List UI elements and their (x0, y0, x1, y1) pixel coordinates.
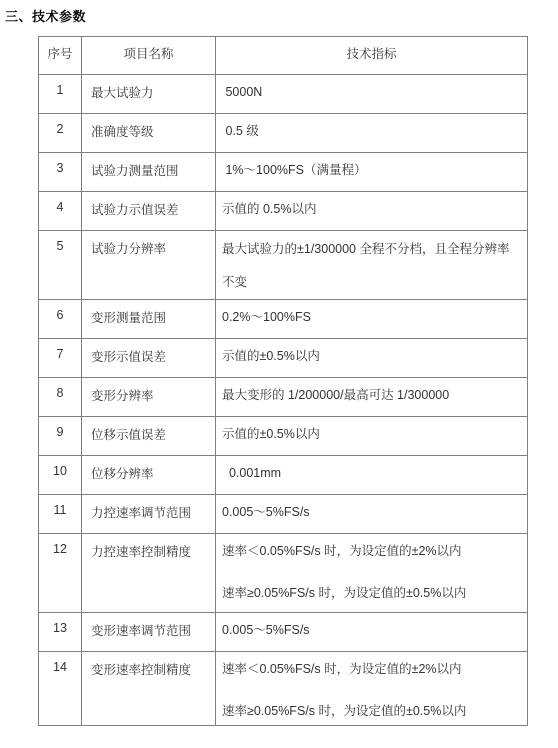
item-name-cell: 试验力示值误差 (82, 192, 216, 231)
table-row: 8 变形分辨率 最大变形的 1/200000/最高可达 1/300000 (39, 378, 528, 417)
item-name-cell: 试验力测量范围 (82, 153, 216, 192)
table-row: 4 试验力示值误差 示值的 0.5%以内 (39, 192, 528, 231)
item-name-cell: 变形测量范围 (82, 300, 216, 339)
item-name-cell: 变形速率控制精度 (82, 652, 216, 726)
item-name-cell: 位移示值误差 (82, 417, 216, 456)
table-row: 11 力控速率调节范围 0.005～5%FS/s (39, 495, 528, 534)
item-name-cell: 准确度等级 (82, 114, 216, 153)
tech-params-table: 序号 项目名称 技术指标 1 最大试验力 5000N 2 准确度等级 0.5 级… (38, 36, 528, 726)
row-number: 3 (39, 153, 82, 192)
table-row: 7 变形示值误差 示值的±0.5%以内 (39, 339, 528, 378)
row-number: 11 (39, 495, 82, 534)
tech-spec-cell: 5000N (216, 75, 528, 114)
table-row: 13 变形速率调节范围 0.005～5%FS/s (39, 613, 528, 652)
tech-spec-line: 速率≥0.05%FS/s 时，为设定值的±0.5%以内 (222, 702, 521, 720)
table-row: 9 位移示值误差 示值的±0.5%以内 (39, 417, 528, 456)
tech-spec-cell: 最大变形的 1/200000/最高可达 1/300000 (216, 378, 528, 417)
tech-spec-cell: 速率＜0.05%FS/s 时，为设定值的±2%以内速率≥0.05%FS/s 时，… (216, 534, 528, 613)
header-技术指标: 技术指标 (216, 37, 528, 75)
table-row: 14 变形速率控制精度 速率＜0.05%FS/s 时，为设定值的±2%以内速率≥… (39, 652, 528, 726)
header-序号: 序号 (39, 37, 82, 75)
row-number: 5 (39, 231, 82, 300)
tech-spec-cell: 0.005～5%FS/s (216, 495, 528, 534)
tech-spec-cell: 示值的 0.5%以内 (216, 192, 528, 231)
item-name-cell: 位移分辨率 (82, 456, 216, 495)
tech-spec-cell: 示值的±0.5%以内 (216, 417, 528, 456)
document-page: 三、技术参数 序号 项目名称 技术指标 1 最大试验力 5000N 2 准确度等… (0, 0, 558, 748)
item-name-cell: 力控速率控制精度 (82, 534, 216, 613)
row-number: 4 (39, 192, 82, 231)
tech-spec-cell: 示值的±0.5%以内 (216, 339, 528, 378)
table-header-row: 序号 项目名称 技术指标 (39, 37, 528, 75)
table-row: 1 最大试验力 5000N (39, 75, 528, 114)
item-name-cell: 变形分辨率 (82, 378, 216, 417)
tech-spec-cell: 速率＜0.05%FS/s 时，为设定值的±2%以内速率≥0.05%FS/s 时，… (216, 652, 528, 726)
header-项目名称: 项目名称 (82, 37, 216, 75)
row-number: 10 (39, 456, 82, 495)
row-number: 13 (39, 613, 82, 652)
row-number: 2 (39, 114, 82, 153)
tech-spec-line: 速率＜0.05%FS/s 时，为设定值的±2%以内 (222, 542, 521, 560)
table-row: 12 力控速率控制精度 速率＜0.05%FS/s 时，为设定值的±2%以内速率≥… (39, 534, 528, 613)
tech-spec-cell: 0.005～5%FS/s (216, 613, 528, 652)
tech-spec-line: 速率＜0.05%FS/s 时，为设定值的±2%以内 (222, 660, 521, 678)
row-number: 8 (39, 378, 82, 417)
table-row: 3 试验力测量范围 1%～100%FS（满量程） (39, 153, 528, 192)
table-row: 2 准确度等级 0.5 级 (39, 114, 528, 153)
row-number: 7 (39, 339, 82, 378)
tech-spec-cell: 0.001mm (216, 456, 528, 495)
item-name-cell: 变形示值误差 (82, 339, 216, 378)
row-number: 12 (39, 534, 82, 613)
section-title: 三、技术参数 (5, 6, 86, 25)
item-name-cell: 最大试验力 (82, 75, 216, 114)
item-name-cell: 力控速率调节范围 (82, 495, 216, 534)
item-name-cell: 变形速率调节范围 (82, 613, 216, 652)
row-number: 9 (39, 417, 82, 456)
tech-spec-cell: 0.2%～100%FS (216, 300, 528, 339)
row-number: 14 (39, 652, 82, 726)
tech-spec-cell: 最大试验力的±1/300000 全程不分档，且全程分辨率不变 (216, 231, 528, 300)
tech-spec-cell: 0.5 级 (216, 114, 528, 153)
table-row: 10 位移分辨率 0.001mm (39, 456, 528, 495)
item-name-cell: 试验力分辨率 (82, 231, 216, 300)
row-number: 6 (39, 300, 82, 339)
table-row: 6 变形测量范围 0.2%～100%FS (39, 300, 528, 339)
tech-spec-cell: 1%～100%FS（满量程） (216, 153, 528, 192)
table-row: 5 试验力分辨率 最大试验力的±1/300000 全程不分档，且全程分辨率不变 (39, 231, 528, 300)
row-number: 1 (39, 75, 82, 114)
tech-spec-line: 速率≥0.05%FS/s 时，为设定值的±0.5%以内 (222, 584, 521, 602)
